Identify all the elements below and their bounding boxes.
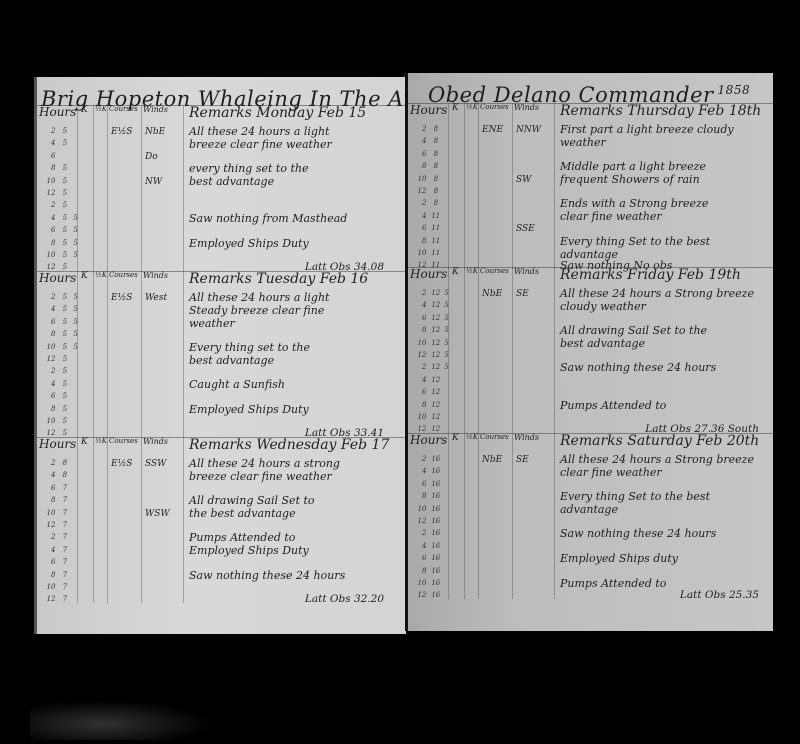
column-rule xyxy=(478,433,479,599)
log-row: 85 xyxy=(41,164,81,176)
log-knots: 5 xyxy=(59,380,70,392)
header-half-knots: ½K xyxy=(466,267,480,285)
log-row: 1055 xyxy=(41,251,81,263)
course-value: NbE xyxy=(482,289,502,299)
log-row: 411 xyxy=(412,212,452,224)
log-row: 28 xyxy=(412,199,452,211)
log-row: 45 xyxy=(41,380,81,392)
header-remarks-date: Remarks Wednesday Feb 17 xyxy=(189,437,402,455)
log-row: 48 xyxy=(412,137,452,149)
log-hour: 10 xyxy=(41,177,55,189)
log-half-knots xyxy=(441,224,452,236)
log-knots: 7 xyxy=(59,509,70,521)
log-knots: 5 xyxy=(59,189,70,201)
log-knots: 12 xyxy=(430,339,441,351)
log-half-knots xyxy=(70,583,81,595)
remark-entry: Employed Ships Duty xyxy=(189,544,309,557)
log-half-knots xyxy=(441,542,452,554)
log-half-knots xyxy=(70,380,81,392)
day-entry: HoursK½KCoursesWindsRemarks Saturday Feb… xyxy=(408,433,773,599)
log-hour: 8 xyxy=(41,330,55,342)
header-hours: Hours xyxy=(39,271,79,289)
column-rule xyxy=(93,437,94,603)
column-rule xyxy=(554,433,555,599)
log-row: 28 xyxy=(412,125,452,137)
log-hour: 2 xyxy=(412,289,426,301)
log-hour: 4 xyxy=(412,467,426,479)
remark-entry: Pumps Attended to xyxy=(560,399,666,412)
log-row: 6125 xyxy=(412,314,452,326)
log-hour: 6 xyxy=(412,224,426,236)
log-knots: 5 xyxy=(59,251,70,263)
log-half-knots xyxy=(70,355,81,367)
log-half-knots xyxy=(70,546,81,558)
log-hour: 12 xyxy=(412,351,426,363)
log-half-knots xyxy=(441,529,452,541)
log-hour: 12 xyxy=(41,189,55,201)
log-knots: 7 xyxy=(59,496,70,508)
log-knots: 5 xyxy=(59,355,70,367)
log-knots: 8 xyxy=(430,137,441,149)
remark-entry: All these 24 hours a Strong breeze clear… xyxy=(560,453,754,479)
log-knots: 5 xyxy=(59,367,70,379)
log-half-knots xyxy=(441,517,452,529)
log-knots: 8 xyxy=(430,150,441,162)
day-entry: HoursK½KCoursesWindsRemarks Wednesday Fe… xyxy=(37,437,406,603)
log-knots: 8 xyxy=(430,199,441,211)
course-value: NbE xyxy=(482,455,502,465)
log-knots: 5 xyxy=(59,139,70,151)
log-hour: 6 xyxy=(41,152,55,164)
header-remarks-date: Remarks Thursday Feb 18th xyxy=(560,103,769,121)
header-knots: K xyxy=(452,103,464,121)
right-page: Obed Delano Commander1858 HoursK½KCourse… xyxy=(405,73,773,631)
log-half-knots xyxy=(441,125,452,137)
column-rule xyxy=(141,437,142,603)
log-half-knots xyxy=(70,509,81,521)
log-row: 125 xyxy=(41,189,81,201)
wind-value: NNW xyxy=(516,125,541,135)
log-half-knots xyxy=(441,480,452,492)
log-knots: 5 xyxy=(59,392,70,404)
header-hours: Hours xyxy=(410,267,450,285)
remark-entry: every thing set to the best advantage xyxy=(189,162,308,188)
log-row: 255 xyxy=(41,293,81,305)
log-row: 68 xyxy=(412,150,452,162)
log-hour: 6 xyxy=(412,480,426,492)
log-half-knots xyxy=(70,152,81,164)
wind-value: West xyxy=(145,293,167,303)
log-half-knots: 5 xyxy=(441,314,452,326)
wind-value: NW xyxy=(145,177,162,187)
log-half-knots: 5 xyxy=(70,305,81,317)
log-knots: 12 xyxy=(430,326,441,338)
log-half-knots: 5 xyxy=(441,289,452,301)
log-half-knots xyxy=(441,137,452,149)
header-courses: Courses xyxy=(109,271,143,289)
log-knots: 12 xyxy=(430,363,441,375)
remark-entry: All drawing Sail Set to the best advanta… xyxy=(560,324,707,350)
log-row: 655 xyxy=(41,226,81,238)
log-knots: 12 xyxy=(430,301,441,313)
log-knots: 12 xyxy=(430,314,441,326)
header-courses: Courses xyxy=(480,103,514,121)
log-row: 416 xyxy=(412,542,452,554)
header-knots: K xyxy=(452,433,464,451)
header-remarks-date: Remarks Saturday Feb 20th xyxy=(560,433,769,451)
header-winds: Winds xyxy=(514,433,554,451)
log-row: 127 xyxy=(41,595,81,607)
log-row: 67 xyxy=(41,558,81,570)
log-half-knots xyxy=(441,187,452,199)
log-hour: 8 xyxy=(412,567,426,579)
log-hour: 10 xyxy=(41,343,55,355)
column-rule xyxy=(107,271,108,437)
column-rule xyxy=(183,271,184,437)
header-remarks-date: Remarks Tuesday Feb 16 xyxy=(189,271,402,289)
log-row: 87 xyxy=(41,571,81,583)
log-hour: 8 xyxy=(412,162,426,174)
log-hour: 8 xyxy=(41,164,55,176)
log-half-knots xyxy=(441,505,452,517)
log-row: 216 xyxy=(412,529,452,541)
remark-entry: Every thing Set to the best advantage xyxy=(560,490,710,516)
header-hours: Hours xyxy=(410,433,450,451)
header-courses: Courses xyxy=(109,105,143,123)
header-hours: Hours xyxy=(410,103,450,121)
log-half-knots xyxy=(441,554,452,566)
log-half-knots: 5 xyxy=(441,351,452,363)
course-value: ENE xyxy=(482,125,503,135)
log-hour: 4 xyxy=(41,139,55,151)
log-knots: 5 xyxy=(59,293,70,305)
log-half-knots: 5 xyxy=(70,330,81,342)
log-half-knots xyxy=(70,521,81,533)
remark-entry: Ends with a Strong breeze clear fine wea… xyxy=(560,197,708,223)
log-hour: 6 xyxy=(41,226,55,238)
log-hour: 10 xyxy=(41,509,55,521)
remark-entry: Pumps Attended to xyxy=(560,577,666,590)
log-half-knots: 5 xyxy=(441,326,452,338)
log-knots: 12 xyxy=(430,401,441,413)
hourly-log: 284868881081282841161181110111211 xyxy=(412,125,452,274)
column-rule xyxy=(464,103,465,269)
log-row: 127 xyxy=(41,521,81,533)
log-hour: 2 xyxy=(41,293,55,305)
log-hour: 6 xyxy=(41,392,55,404)
wind-value: SE xyxy=(516,455,529,465)
log-half-knots xyxy=(441,579,452,591)
log-half-knots xyxy=(70,533,81,545)
log-row: 88 xyxy=(412,162,452,174)
log-row: 1016 xyxy=(412,579,452,591)
header-courses: Courses xyxy=(480,433,514,451)
log-knots: 7 xyxy=(59,595,70,607)
log-knots xyxy=(59,152,70,164)
log-row: 1216 xyxy=(412,591,452,603)
log-half-knots xyxy=(70,177,81,189)
remark-entry: All these 24 hours a Strong breeze cloud… xyxy=(560,287,754,313)
remark-entry: Caught a Sunfish xyxy=(189,378,285,391)
course-value: E½S xyxy=(111,459,132,469)
log-hour: 2 xyxy=(41,367,55,379)
log-knots: 16 xyxy=(430,554,441,566)
log-row: 816 xyxy=(412,567,452,579)
log-hour: 2 xyxy=(41,533,55,545)
log-hour: 8 xyxy=(412,326,426,338)
log-knots: 8 xyxy=(59,459,70,471)
log-knots: 5 xyxy=(59,164,70,176)
day-entry: HoursK½KCoursesWindsRemarks Monday Feb 1… xyxy=(37,105,406,271)
log-row: 6 xyxy=(41,152,81,164)
log-hour: 10 xyxy=(412,249,426,261)
log-knots: 8 xyxy=(430,187,441,199)
log-knots: 16 xyxy=(430,467,441,479)
log-knots: 7 xyxy=(59,484,70,496)
wind-value: SW xyxy=(516,175,531,185)
log-row: 616 xyxy=(412,554,452,566)
column-rule xyxy=(107,105,108,271)
log-hour: 12 xyxy=(41,355,55,367)
log-hour: 10 xyxy=(412,413,426,425)
log-row: 85 xyxy=(41,405,81,417)
hourly-log: 2848678710712727476787107127 xyxy=(41,459,81,608)
log-hour: 8 xyxy=(41,239,55,251)
header-courses: Courses xyxy=(480,267,514,285)
remark-entry: Saw nothing these 24 hours xyxy=(560,527,716,540)
log-knots: 7 xyxy=(59,558,70,570)
log-row: 855 xyxy=(41,239,81,251)
remark-entry: Employed Ships duty xyxy=(560,552,678,565)
log-half-knots xyxy=(441,376,452,388)
log-row: 108 xyxy=(412,175,452,187)
log-knots: 16 xyxy=(430,492,441,504)
wind-value: Do xyxy=(145,152,158,162)
log-half-knots xyxy=(70,189,81,201)
column-rule xyxy=(141,105,142,271)
log-row: 25 xyxy=(41,127,81,139)
column-rule xyxy=(478,103,479,269)
log-hour: 12 xyxy=(412,517,426,529)
log-half-knots xyxy=(70,484,81,496)
column-rule xyxy=(107,437,108,603)
log-row: 612 xyxy=(412,388,452,400)
log-row: 12125 xyxy=(412,351,452,363)
header-winds: Winds xyxy=(143,437,183,455)
log-hour: 4 xyxy=(41,380,55,392)
log-hour: 4 xyxy=(412,301,426,313)
log-row: 4125 xyxy=(412,301,452,313)
log-hour: 10 xyxy=(412,175,426,187)
remark-entry: Middle part a light breeze frequent Show… xyxy=(560,160,706,186)
log-hour: 4 xyxy=(412,542,426,554)
log-half-knots xyxy=(70,139,81,151)
column-rule xyxy=(464,267,465,433)
header-remarks-date: Remarks Friday Feb 19th xyxy=(560,267,769,285)
log-knots: 5 xyxy=(59,330,70,342)
log-half-knots: 5 xyxy=(70,226,81,238)
log-row: 1055 xyxy=(41,343,81,355)
log-hour: 4 xyxy=(41,305,55,317)
header-knots: K xyxy=(81,437,93,455)
log-knots: 11 xyxy=(430,224,441,236)
log-knots: 7 xyxy=(59,521,70,533)
log-knots: 12 xyxy=(430,376,441,388)
remark-entry: Saw nothing these 24 hours xyxy=(560,361,716,374)
log-row: 616 xyxy=(412,480,452,492)
latitude-observation: Latt Obs 25.35 xyxy=(680,589,759,601)
log-row: 611 xyxy=(412,224,452,236)
header-remarks-date: Remarks Monday Feb 15 xyxy=(189,105,402,123)
log-knots: 16 xyxy=(430,579,441,591)
log-row: 216 xyxy=(412,455,452,467)
log-knots: 5 xyxy=(59,343,70,355)
log-knots: 11 xyxy=(430,249,441,261)
log-hour: 4 xyxy=(41,546,55,558)
header-half-knots: ½K xyxy=(95,437,109,455)
log-knots: 16 xyxy=(430,455,441,467)
wind-value: SSW xyxy=(145,459,166,469)
log-half-knots xyxy=(70,201,81,213)
wind-value: SE xyxy=(516,289,529,299)
hourly-log: 2545685105125254556558551055125 xyxy=(41,127,81,276)
header-winds: Winds xyxy=(143,105,183,123)
log-row: 10125 xyxy=(412,339,452,351)
log-knots: 5 xyxy=(59,127,70,139)
log-half-knots: 5 xyxy=(441,301,452,313)
remark-entry: Saw nothing these 24 hours xyxy=(189,569,345,582)
log-knots: 8 xyxy=(59,471,70,483)
log-row: 28 xyxy=(41,459,81,471)
log-row: 1216 xyxy=(412,517,452,529)
log-hour: 10 xyxy=(41,417,55,429)
log-row: 105 xyxy=(41,417,81,429)
latitude-observation: Latt Obs 32.20 xyxy=(305,593,384,605)
day-entry: HoursK½KCoursesWindsRemarks Thursday Feb… xyxy=(408,103,773,269)
log-half-knots: 5 xyxy=(70,251,81,263)
log-knots: 16 xyxy=(430,517,441,529)
log-knots: 11 xyxy=(430,237,441,249)
log-half-knots xyxy=(441,492,452,504)
log-hour: 8 xyxy=(412,492,426,504)
header-half-knots: ½K xyxy=(466,433,480,451)
header-knots: K xyxy=(81,271,93,289)
log-half-knots xyxy=(441,567,452,579)
log-row: 812 xyxy=(412,401,452,413)
remark-entry: Employed Ships Duty xyxy=(189,403,309,416)
log-knots: 8 xyxy=(430,175,441,187)
log-half-knots xyxy=(70,459,81,471)
column-rule xyxy=(512,267,513,433)
log-hour: 2 xyxy=(412,125,426,137)
remark-entry: All these 24 hours a light Steady breeze… xyxy=(189,291,329,330)
log-hour: 6 xyxy=(412,150,426,162)
log-knots: 5 xyxy=(59,214,70,226)
log-row: 1016 xyxy=(412,505,452,517)
log-hour: 8 xyxy=(41,405,55,417)
header-winds: Winds xyxy=(514,103,554,121)
log-knots: 12 xyxy=(430,289,441,301)
log-row: 45 xyxy=(41,139,81,151)
log-knots: 5 xyxy=(59,177,70,189)
log-row: 455 xyxy=(41,305,81,317)
log-knots: 12 xyxy=(430,388,441,400)
log-knots: 16 xyxy=(430,567,441,579)
log-hour: 10 xyxy=(41,583,55,595)
log-half-knots xyxy=(441,162,452,174)
log-knots: 16 xyxy=(430,529,441,541)
header-knots: K xyxy=(81,105,93,123)
column-rule xyxy=(464,433,465,599)
log-hour: 10 xyxy=(412,579,426,591)
log-row: 455 xyxy=(41,214,81,226)
log-row: 1012 xyxy=(412,413,452,425)
log-hour: 2 xyxy=(41,127,55,139)
column-rule xyxy=(183,105,184,271)
log-hour: 12 xyxy=(412,187,426,199)
log-hour: 12 xyxy=(41,521,55,533)
log-knots: 5 xyxy=(59,201,70,213)
log-row: 655 xyxy=(41,318,81,330)
log-row: 2125 xyxy=(412,363,452,375)
log-row: 87 xyxy=(41,496,81,508)
log-knots: 7 xyxy=(59,546,70,558)
log-row: 65 xyxy=(41,392,81,404)
log-row: 48 xyxy=(41,471,81,483)
course-value: E½S xyxy=(111,127,132,137)
log-hour: 6 xyxy=(41,484,55,496)
log-hour: 6 xyxy=(41,318,55,330)
log-row: 2125 xyxy=(412,289,452,301)
log-hour: 10 xyxy=(412,505,426,517)
log-half-knots xyxy=(70,392,81,404)
log-knots: 5 xyxy=(59,226,70,238)
hourly-log: 2164166168161016121621641661681610161216 xyxy=(412,455,452,604)
log-row: 412 xyxy=(412,376,452,388)
log-knots: 5 xyxy=(59,318,70,330)
log-knots: 5 xyxy=(59,305,70,317)
log-half-knots xyxy=(441,455,452,467)
log-row: 128 xyxy=(412,187,452,199)
log-half-knots xyxy=(70,471,81,483)
log-half-knots xyxy=(70,405,81,417)
log-hour: 2 xyxy=(41,459,55,471)
log-half-knots xyxy=(441,249,452,261)
log-half-knots xyxy=(70,164,81,176)
log-knots: 12 xyxy=(430,351,441,363)
log-row: 107 xyxy=(41,583,81,595)
log-row: 811 xyxy=(412,237,452,249)
log-row: 855 xyxy=(41,330,81,342)
log-row: 67 xyxy=(41,484,81,496)
log-half-knots xyxy=(70,595,81,607)
log-half-knots xyxy=(70,571,81,583)
log-knots: 5 xyxy=(59,239,70,251)
log-knots: 5 xyxy=(59,417,70,429)
log-half-knots xyxy=(441,199,452,211)
log-row: 125 xyxy=(41,355,81,367)
log-hour: 6 xyxy=(412,388,426,400)
header-knots: K xyxy=(452,267,464,285)
wind-value: WSW xyxy=(145,509,170,519)
log-hour: 10 xyxy=(41,251,55,263)
log-knots: 5 xyxy=(59,405,70,417)
header-half-knots: ½K xyxy=(95,271,109,289)
column-rule xyxy=(93,105,94,271)
log-row: 27 xyxy=(41,533,81,545)
log-row: 416 xyxy=(412,467,452,479)
log-half-knots xyxy=(441,212,452,224)
